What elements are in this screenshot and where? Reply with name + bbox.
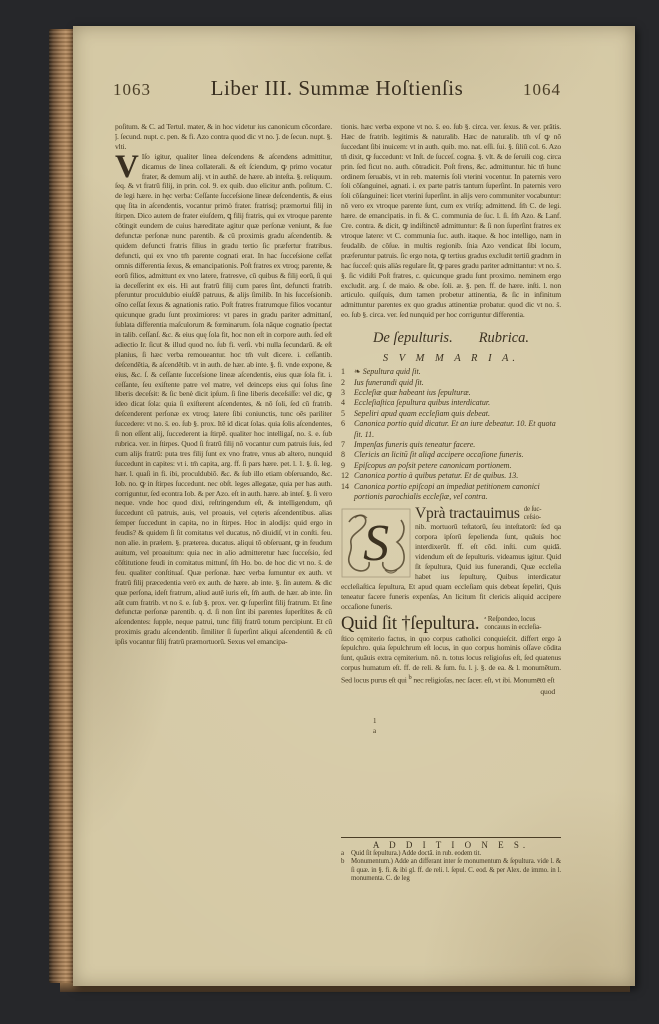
marginal-reference-marks: 1 a [373,716,381,736]
summaria-text: Sepeliri apud quam eccleſiam quis debeat… [354,409,561,419]
folio-number-right: 1064 [523,80,561,100]
section-rubric: De ſepulturis. Rubrica. [341,330,561,347]
summaria-text: Clericis an licitū ſit aliqd accipere oc… [354,450,561,460]
footnote-b-mark: b [408,674,411,681]
additiones-rule [341,837,561,838]
summaria-text: Impenſas funeris quis teneatur facere. [354,440,561,450]
left-column-paragraph: V Iſo igitur, qualiter linea deſcendens … [115,152,332,647]
quid-sit-heading: Quid ſit †ſepultura. [341,615,479,634]
summaria-item: 12 Canonica portio à quibus petatur. Et … [341,471,561,481]
summaria-number: 14 [341,482,354,503]
summaria-text: Ius funerandi quid ſit. [354,378,561,388]
summaria-number: 4 [341,398,354,408]
tractauimus-first-line: Vprà tractauimus de ſuc- ceſsio- [415,506,561,522]
summaria-text: Canonica portio à quibus petatur. Et de … [354,471,561,481]
left-column-intro: poſitum. & C. ad Tertul. mater, & in hoc… [115,122,332,151]
left-column: poſitum. & C. ad Tertul. mater, & in hoc… [115,122,332,884]
summaria-number: 2 [341,378,354,388]
summaria-number: 5 [341,409,354,419]
summaria-item: 6 Canonica portio quid dicatur. Et an iu… [341,419,561,440]
quid-sit-heading-row: Quid ſit †ſepultura. ᵃ Reſpondeo, locus … [341,615,561,634]
additiones-letter: b [341,858,351,884]
initial-s-woodcut: S [341,508,411,578]
summaria-text: ❧ Sepultura quid ſit. [354,367,561,377]
marginal-mark-1: 1 [373,716,381,726]
summaria-item: 14 Canonica portio epiſcopi an impediat … [341,482,561,503]
book-page: 1063 Liber III. Summæ Hoſtienſis 1064 po… [73,26,635,986]
summaria-number: 6 [341,419,354,440]
summaria-number: 7 [341,440,354,450]
page-header: 1063 Liber III. Summæ Hoſtienſis 1064 [113,76,561,101]
right-column-part1: tionis. hæc verba expone vt no. s̄. eo. … [341,122,561,320]
photo-background: 1063 Liber III. Summæ Hoſtienſis 1064 po… [0,0,659,1024]
left-column-body: Iſo igitur, qualiter linea deſcendens & … [115,152,332,646]
summaria-item: 8 Clericis an licitū ſit aliqd accipere … [341,450,561,460]
summaria-number: 9 [341,461,354,471]
summaria-item: 7 Impenſas funeris quis teneatur facere. [341,440,561,450]
rubric-title: De ſepulturis. [373,330,453,347]
svg-text:S: S [363,515,389,572]
summaria-item: 9 Epiſcopus an poſsit petere canonicam p… [341,461,561,471]
right-column: tionis. hæc verba expone vt no. s̄. eo. … [341,122,561,884]
hedera-leaf-icon: ❧ [354,367,361,376]
summaria-number: 3 [341,388,354,398]
additiones-entry: b Monumentum.) Adde an differant inter ſ… [341,858,561,884]
additiones-letter: a [341,850,351,859]
additiones-text: Monumentum.) Adde an differant inter ſe … [351,858,561,884]
dropcap-v: V [115,152,142,181]
folio-number-left: 1063 [113,80,151,100]
additiones-block: A D D I T I O N E S. a Quid ſit ſepultur… [341,834,561,884]
summaria-number: 1 [341,367,354,377]
quid-sit-body-end: nec religioſas, nec ſacer. eſt, vt ibi. … [413,676,554,685]
marginal-mark-a: a [373,726,381,736]
running-title: Liber III. Summæ Hoſtienſis [211,76,464,101]
quid-sit-paragraph: Quid ſit †ſepultura. ᵃ Reſpondeo, locus … [341,615,561,697]
summaria-item: 5 Sepeliri apud quam eccleſiam quis debe… [341,409,561,419]
summaria-number: 8 [341,450,354,460]
additiones-entry: a Quid ſit ſepultura.) Adde doctā. in ru… [341,850,561,859]
summaria-text: Eccleſiaſtica ſepultura quibus interdica… [354,398,561,408]
quid-sit-side-note: ᵃ Reſpondeo, locus concauus in eccleſia- [484,615,541,631]
summaria-heading: S V M M A R I A. [341,353,561,364]
book-page-edges [49,29,73,983]
rubric-label: Rubrica. [479,330,529,347]
summaria-item: 4 Eccleſiaſtica ſepultura quibus interdi… [341,398,561,408]
summaria-item: 1 ❧ Sepultura quid ſit. [341,367,561,377]
additiones-text: Quid ſit ſepultura.) Adde doctā. in rub.… [351,850,561,859]
tractauimus-side-note: de ſuc- ceſsio- [524,506,542,521]
tractauimus-big-text: Vprà tractauimus [415,506,520,522]
summaria-list: 1 ❧ Sepultura quid ſit. 2 Ius funerandi … [341,367,561,502]
summaria-text: Canonica portio epiſcopi an impediat pet… [354,482,561,503]
summaria-text: Eccleſiæ quæ habeant ius ſepulturæ. [354,388,561,398]
tractauimus-paragraph: S Vprà tractauimus de ſuc- ceſsio- nib. … [341,506,561,611]
summaria-text: Canonica portio quid dicatur. Et an iure… [354,419,561,440]
text-columns: poſitum. & C. ad Tertul. mater, & in hoc… [115,122,561,884]
summaria-item: 3 Eccleſiæ quæ habeant ius ſepulturæ. [341,388,561,398]
summaria-text: Epiſcopus an poſsit petere canonicam por… [354,461,561,471]
summaria-number: 12 [341,471,354,481]
catchword: quod [341,687,561,697]
additiones-heading: A D D I T I O N E S. [341,840,561,850]
summaria-item: 2 Ius funerandi quid ſit. [341,378,561,388]
